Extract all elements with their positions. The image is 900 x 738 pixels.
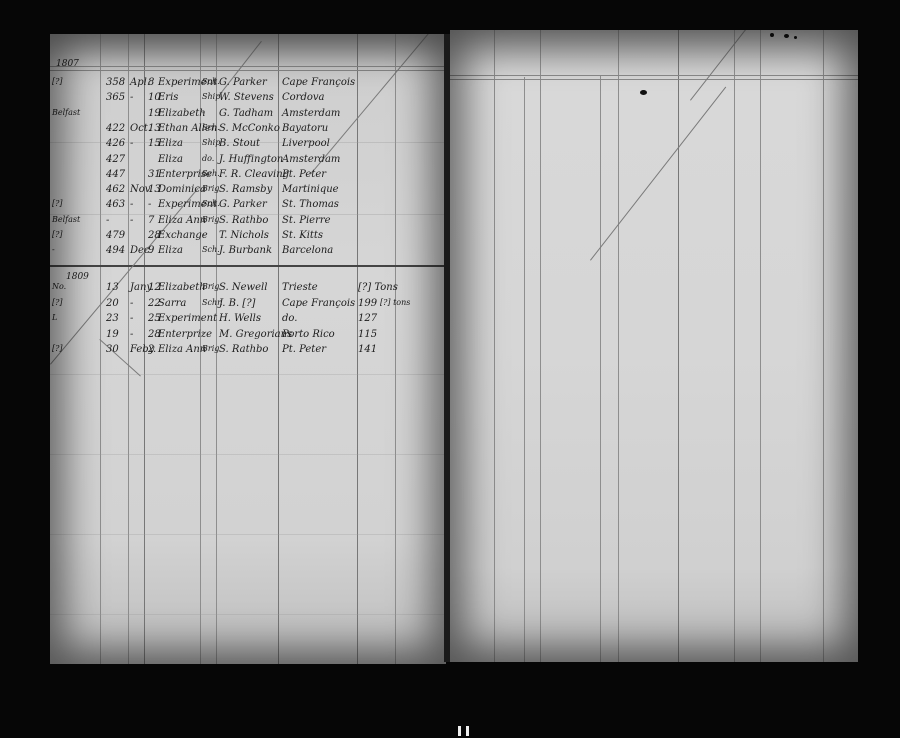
- ledger-cell-rig: Brig: [202, 185, 219, 193]
- ledger-cell-master: T. Nichols: [219, 231, 269, 241]
- ledger-cell-day: -: [148, 200, 151, 210]
- ledger-cell-no: 479: [106, 231, 125, 241]
- column-rule: [823, 30, 824, 662]
- ledger-left-page: 1807 [?]358Apl.8ExperimentSch.G. ParkerC…: [50, 34, 446, 664]
- ink-spot: [794, 36, 797, 39]
- ledger-cell-rig: -: [202, 330, 205, 338]
- ink-spot: [640, 90, 647, 95]
- ledger-cell-rig: do.: [202, 155, 214, 163]
- column-rule: [618, 30, 619, 662]
- ledger-cell-vessel: Eliza Ann: [158, 216, 206, 226]
- ledger-cell-note: [?] tons: [380, 299, 410, 307]
- ledger-cell-rig: Ship: [202, 93, 220, 101]
- column-rule: [395, 34, 396, 664]
- ledger-cell-margin: [?]: [52, 299, 63, 307]
- ledger-cell-vessel: Experiment: [158, 314, 217, 324]
- ledger-cell-port: Cape François: [282, 78, 355, 88]
- ledger-cell-no: 427: [106, 155, 125, 165]
- ledger-cell-port: Porto Rico: [282, 330, 335, 340]
- ledger-cell-master: G. Parker: [219, 200, 267, 210]
- ledger-cell-master: F. R. Cleaving: [219, 170, 289, 180]
- ledger-cell-master: G. Tadham: [219, 109, 273, 119]
- ledger-cell-tons: 141: [358, 345, 377, 355]
- column-rule: [600, 75, 601, 662]
- ledger-cell-port: Amsterdam: [282, 109, 340, 119]
- ledger-cell-vessel: Eliza Ann: [158, 345, 206, 355]
- ledger-cell-margin: [?]: [52, 78, 63, 86]
- ledger-cell-no: 494: [106, 246, 125, 256]
- row-rule: [50, 534, 446, 535]
- ledger-cell-port: Liverpool: [282, 139, 330, 149]
- ledger-cell-port: Pt. Peter: [282, 345, 326, 355]
- ledger-cell-no: 23: [106, 314, 119, 324]
- ledger-cell-no: 447: [106, 170, 125, 180]
- section-divider: [50, 265, 446, 267]
- ledger-cell-margin: Belfast: [52, 109, 80, 117]
- column-rule: [678, 30, 679, 662]
- ledger-cell-port: Amsterdam: [282, 155, 340, 165]
- ledger-cell-rig: Brig: [202, 283, 219, 291]
- ledger-cell-vessel: Sarra: [158, 299, 186, 309]
- ink-spot: [770, 33, 774, 37]
- ledger-cell-rig: Sch.: [202, 78, 220, 86]
- ledger-cell-day: 7: [148, 216, 154, 226]
- ledger-cell-margin: [?]: [52, 200, 63, 208]
- ledger-cell-port: Cordova: [282, 93, 325, 103]
- ledger-cell-rig: Sch.: [202, 200, 220, 208]
- column-rule: [494, 30, 495, 662]
- ledger-cell-master: B. Stout: [219, 139, 260, 149]
- ledger-cell-rig: Sch.: [202, 246, 220, 254]
- ledger-cell-rig: Brig: [202, 345, 219, 353]
- ledger-cell-margin: L: [52, 314, 57, 322]
- ledger-cell-vessel: Eliza: [158, 139, 183, 149]
- ledger-cell-master: W. Stevens: [219, 93, 274, 103]
- ledger-cell-master: S. McConko: [219, 124, 280, 134]
- ledger-cell-rig: Sch.: [202, 124, 220, 132]
- ledger-cell-master: S. Newell: [219, 283, 267, 293]
- column-rule: [760, 30, 761, 662]
- section-year: 1807: [56, 59, 79, 69]
- ledger-cell-master: S. Ramsby: [219, 185, 272, 195]
- ledger-cell-port: St. Pierre: [282, 216, 331, 226]
- ledger-cell-month: -: [130, 299, 133, 309]
- ledger-cell-port: Barcelona: [282, 246, 333, 256]
- section-year: 1809: [66, 272, 89, 282]
- row-rule: [50, 454, 446, 455]
- ledger-cell-rig: -: [202, 109, 205, 117]
- ledger-cell-day: 9: [148, 246, 154, 256]
- ledger-cell-month: -: [130, 200, 133, 210]
- header-rule: [450, 75, 858, 80]
- ledger-cell-margin: -: [52, 246, 55, 254]
- column-rule: [100, 34, 101, 664]
- column-rule: [540, 30, 541, 662]
- ledger-cell-port: St. Thomas: [282, 200, 339, 210]
- scratch-line: [590, 87, 726, 261]
- ledger-cell-month: -: [130, 330, 133, 340]
- ledger-cell-master: J. B. [?]: [219, 299, 255, 309]
- ledger-cell-month: Apl.: [130, 78, 150, 88]
- microfilm-frame: 1807 [?]358Apl.8ExperimentSch.G. ParkerC…: [0, 0, 900, 738]
- ledger-cell-rig: Ship: [202, 139, 220, 147]
- ledger-cell-no: 358: [106, 78, 125, 88]
- ledger-cell-margin: [?]: [52, 345, 63, 353]
- ledger-cell-rig: Brig: [202, 216, 219, 224]
- ledger-cell-tons: [?] Tons: [358, 283, 398, 293]
- ledger-cell-no: -: [106, 216, 109, 226]
- column-rule: [128, 34, 129, 664]
- frame-mark: [466, 726, 469, 736]
- ledger-cell-month: -: [130, 139, 133, 149]
- ledger-cell-port: Cape François: [282, 299, 355, 309]
- scratch-line: [690, 30, 746, 101]
- ledger-cell-master: H. Wells: [219, 314, 261, 324]
- frame-mark: [458, 726, 461, 736]
- ledger-cell-no: 19: [106, 330, 119, 340]
- ledger-cell-master: J. Burbank: [219, 246, 272, 256]
- ledger-cell-vessel: Eris: [158, 93, 178, 103]
- ledger-cell-no: 463: [106, 200, 125, 210]
- row-rule: [50, 614, 446, 615]
- row-rule: [50, 374, 446, 375]
- ledger-cell-master: S. Rathbo: [219, 345, 268, 355]
- ledger-cell-vessel: Elizabeth: [158, 109, 206, 119]
- ledger-cell-day: 2: [148, 345, 154, 355]
- ink-spot: [784, 34, 789, 38]
- ledger-cell-vessel: Dominica: [158, 185, 206, 195]
- ledger-cell-rig: -: [202, 231, 205, 239]
- ledger-cell-tons: 127: [358, 314, 377, 324]
- ledger-cell-vessel: Elizabeth: [158, 283, 206, 293]
- ledger-cell-no: 20: [106, 299, 119, 309]
- ledger-cell-port: Trieste: [282, 283, 318, 293]
- ledger-cell-port: St. Kitts: [282, 231, 323, 241]
- ledger-cell-port: do.: [282, 314, 297, 324]
- ledger-cell-vessel: Eliza: [158, 246, 183, 256]
- ledger-cell-day: 8: [148, 78, 154, 88]
- ledger-cell-vessel: Exchange: [158, 231, 208, 241]
- ledger-right-page: [450, 30, 858, 662]
- column-rule: [734, 30, 735, 662]
- ledger-cell-no: 365: [106, 93, 125, 103]
- ledger-cell-month: -: [130, 216, 133, 226]
- ledger-cell-vessel: Eliza: [158, 155, 183, 165]
- header-rule: [50, 66, 446, 71]
- ledger-cell-port: Martinique: [282, 185, 339, 195]
- ledger-cell-no: 422: [106, 124, 125, 134]
- ledger-cell-margin: Belfast: [52, 216, 80, 224]
- ledger-cell-tons: 115: [358, 330, 377, 340]
- ledger-cell-margin: [?]: [52, 231, 63, 239]
- ledger-cell-margin: No.: [52, 283, 66, 291]
- ledger-cell-month: -: [130, 93, 133, 103]
- ledger-cell-master: S. Rathbo: [219, 216, 268, 226]
- ledger-cell-tons: 199: [358, 299, 377, 309]
- ledger-cell-master: J. Huffington: [219, 155, 283, 165]
- column-rule: [524, 77, 525, 662]
- ledger-cell-rig: Sch.: [202, 170, 220, 178]
- ledger-cell-month: -: [130, 314, 133, 324]
- ledger-cell-port: Bayatoru: [282, 124, 328, 134]
- ledger-cell-no: 462: [106, 185, 125, 195]
- ledger-cell-master: G. Parker: [219, 78, 267, 88]
- ledger-cell-no: 426: [106, 139, 125, 149]
- ledger-cell-port: Pt. Peter: [282, 170, 326, 180]
- ledger-cell-no: 13: [106, 283, 119, 293]
- ledger-cell-no: 30: [106, 345, 119, 355]
